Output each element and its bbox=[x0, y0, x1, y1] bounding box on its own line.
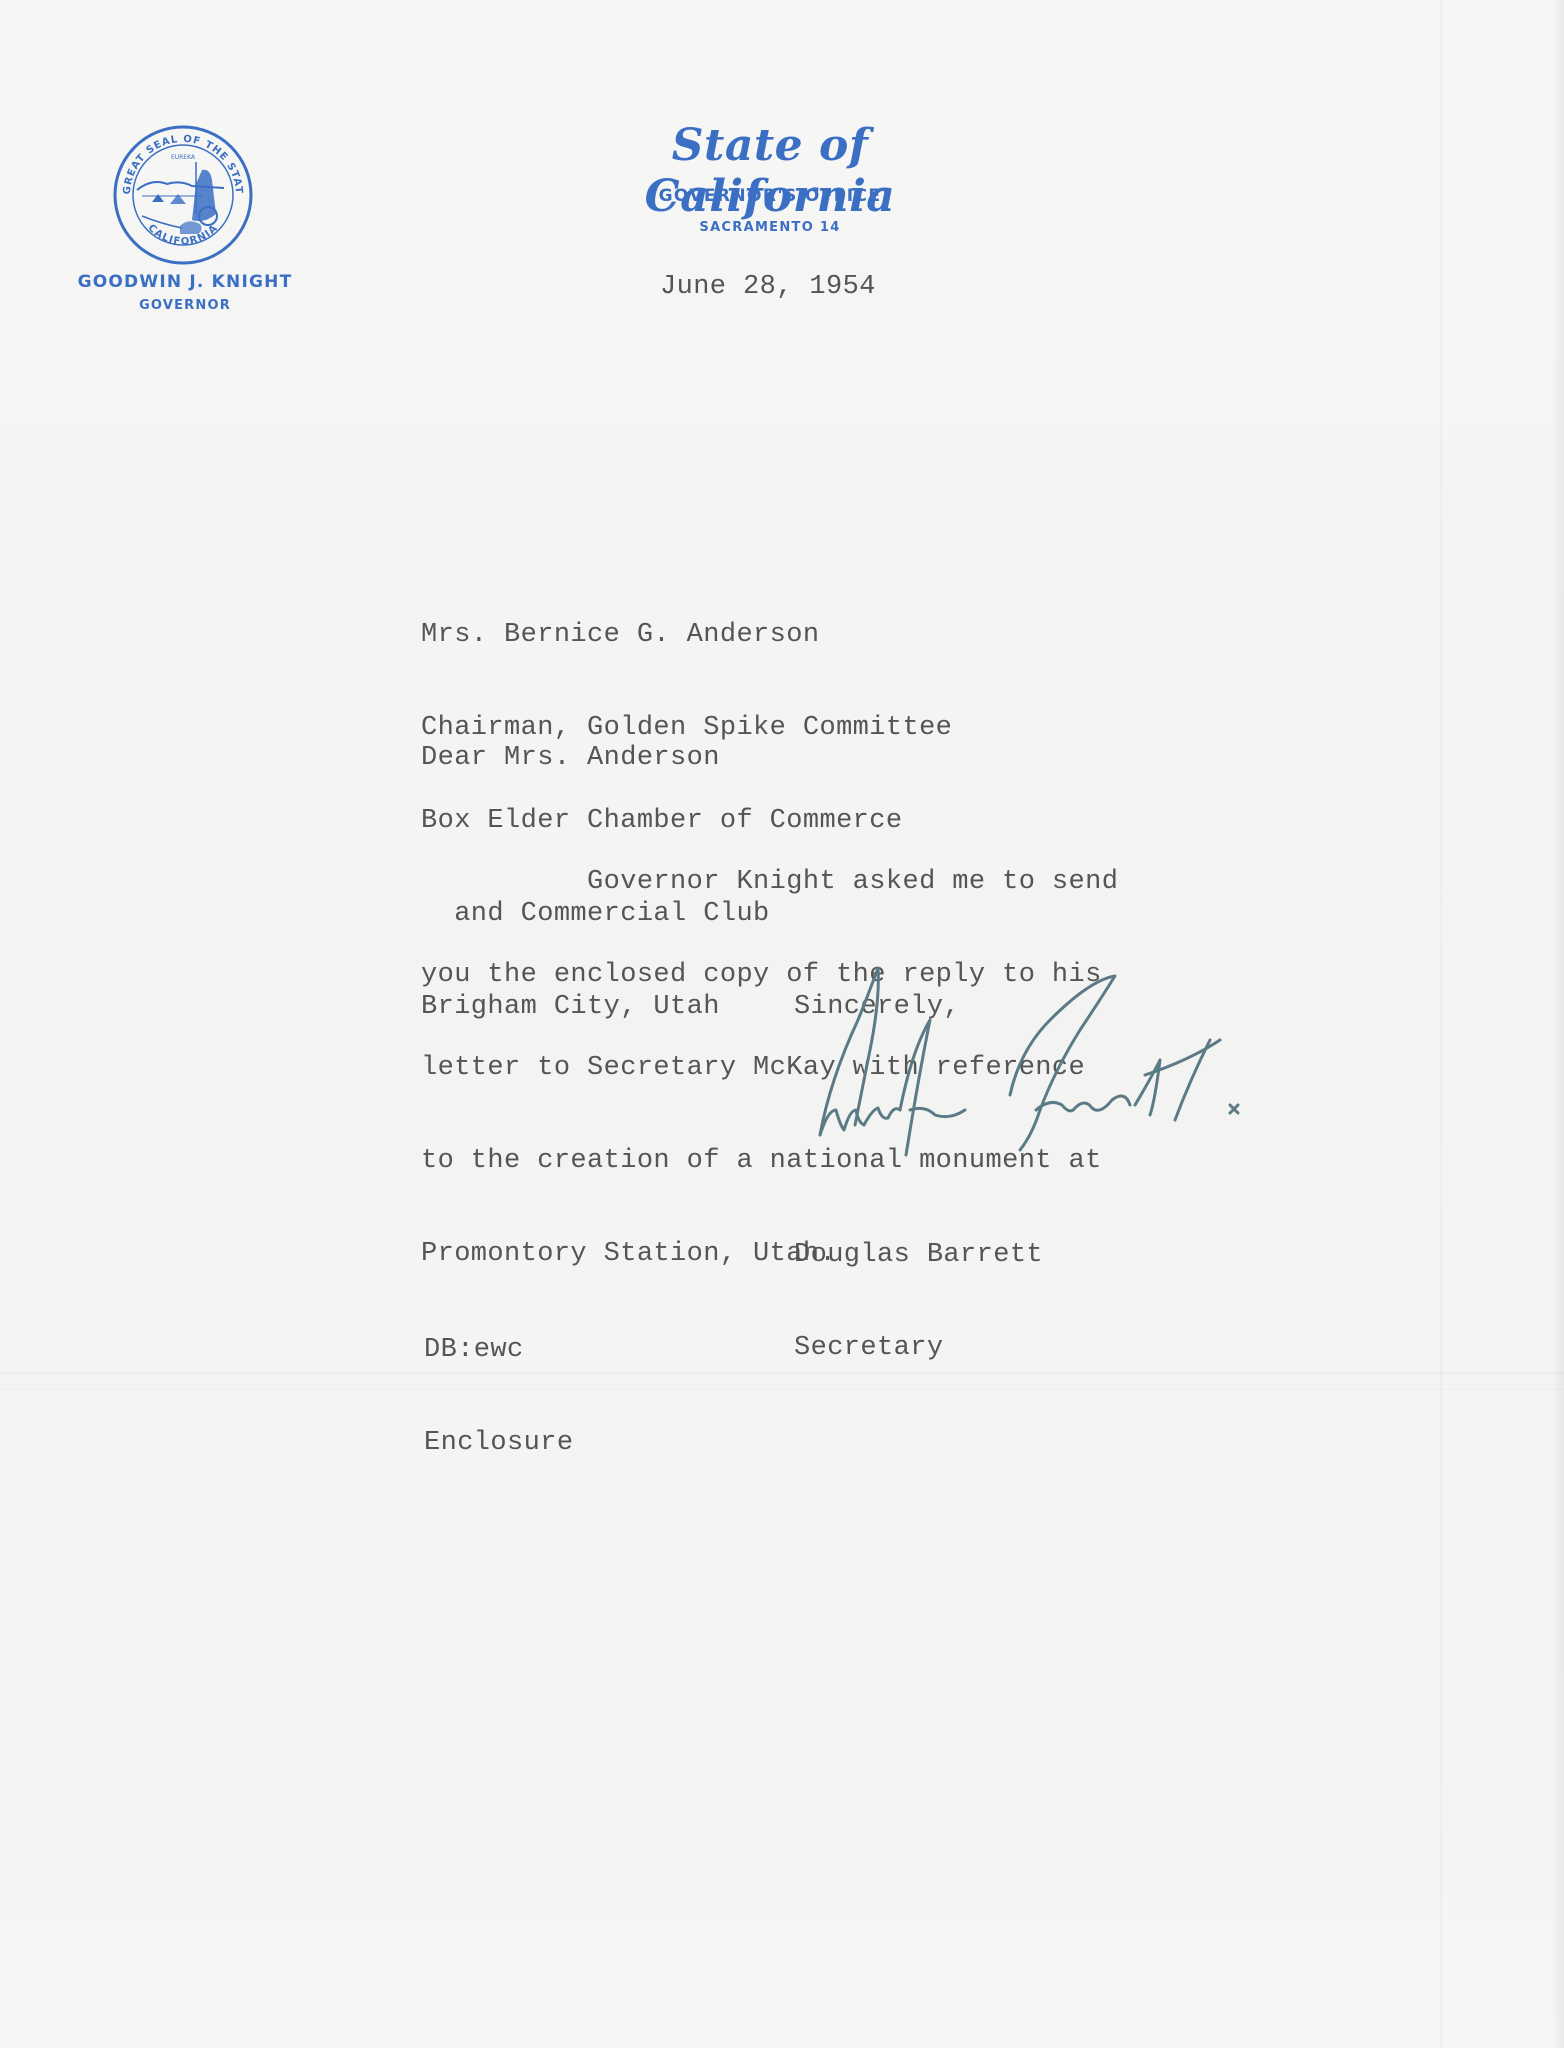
fold-line-horizontal-secondary bbox=[0, 1388, 1564, 1391]
fold-line-vertical bbox=[1440, 0, 1443, 2048]
paper-edge bbox=[1552, 0, 1564, 2048]
governor-name: GOODWIN J. KNIGHT bbox=[60, 272, 310, 292]
handwritten-signature bbox=[800, 960, 1320, 1180]
fold-line-horizontal bbox=[0, 1372, 1564, 1375]
letter-page: THE GREAT SEAL OF THE STATE OF CALIFORNI… bbox=[0, 0, 1564, 2048]
address-line: Chairman, Golden Spike Committee bbox=[421, 713, 952, 744]
state-seal-icon: THE GREAT SEAL OF THE STATE OF CALIFORNI… bbox=[112, 124, 254, 266]
letter-date: June 28, 1954 bbox=[660, 272, 876, 303]
letterhead-city: SACRAMENTO 14 bbox=[560, 220, 980, 235]
letterhead-title: State of California bbox=[560, 120, 980, 222]
salutation: Dear Mrs. Anderson bbox=[421, 743, 720, 774]
signer-name: Douglas Barrett bbox=[794, 1240, 1043, 1271]
letterhead-office: GOVERNOR'S OFFICE bbox=[560, 186, 980, 206]
enclosure-note: Enclosure bbox=[424, 1428, 573, 1459]
body-line: Governor Knight asked me to send bbox=[421, 867, 1118, 898]
reference-initials: DB:ewc bbox=[424, 1335, 573, 1366]
governor-title: GOVERNOR bbox=[60, 298, 310, 313]
address-line: Mrs. Bernice G. Anderson bbox=[421, 620, 952, 651]
signer-block: Douglas Barrett Secretary bbox=[794, 1178, 1043, 1426]
signer-title: Secretary bbox=[794, 1333, 1043, 1364]
reference-block: DB:ewc Enclosure bbox=[424, 1273, 573, 1521]
svg-text:EUREKA: EUREKA bbox=[171, 154, 196, 161]
